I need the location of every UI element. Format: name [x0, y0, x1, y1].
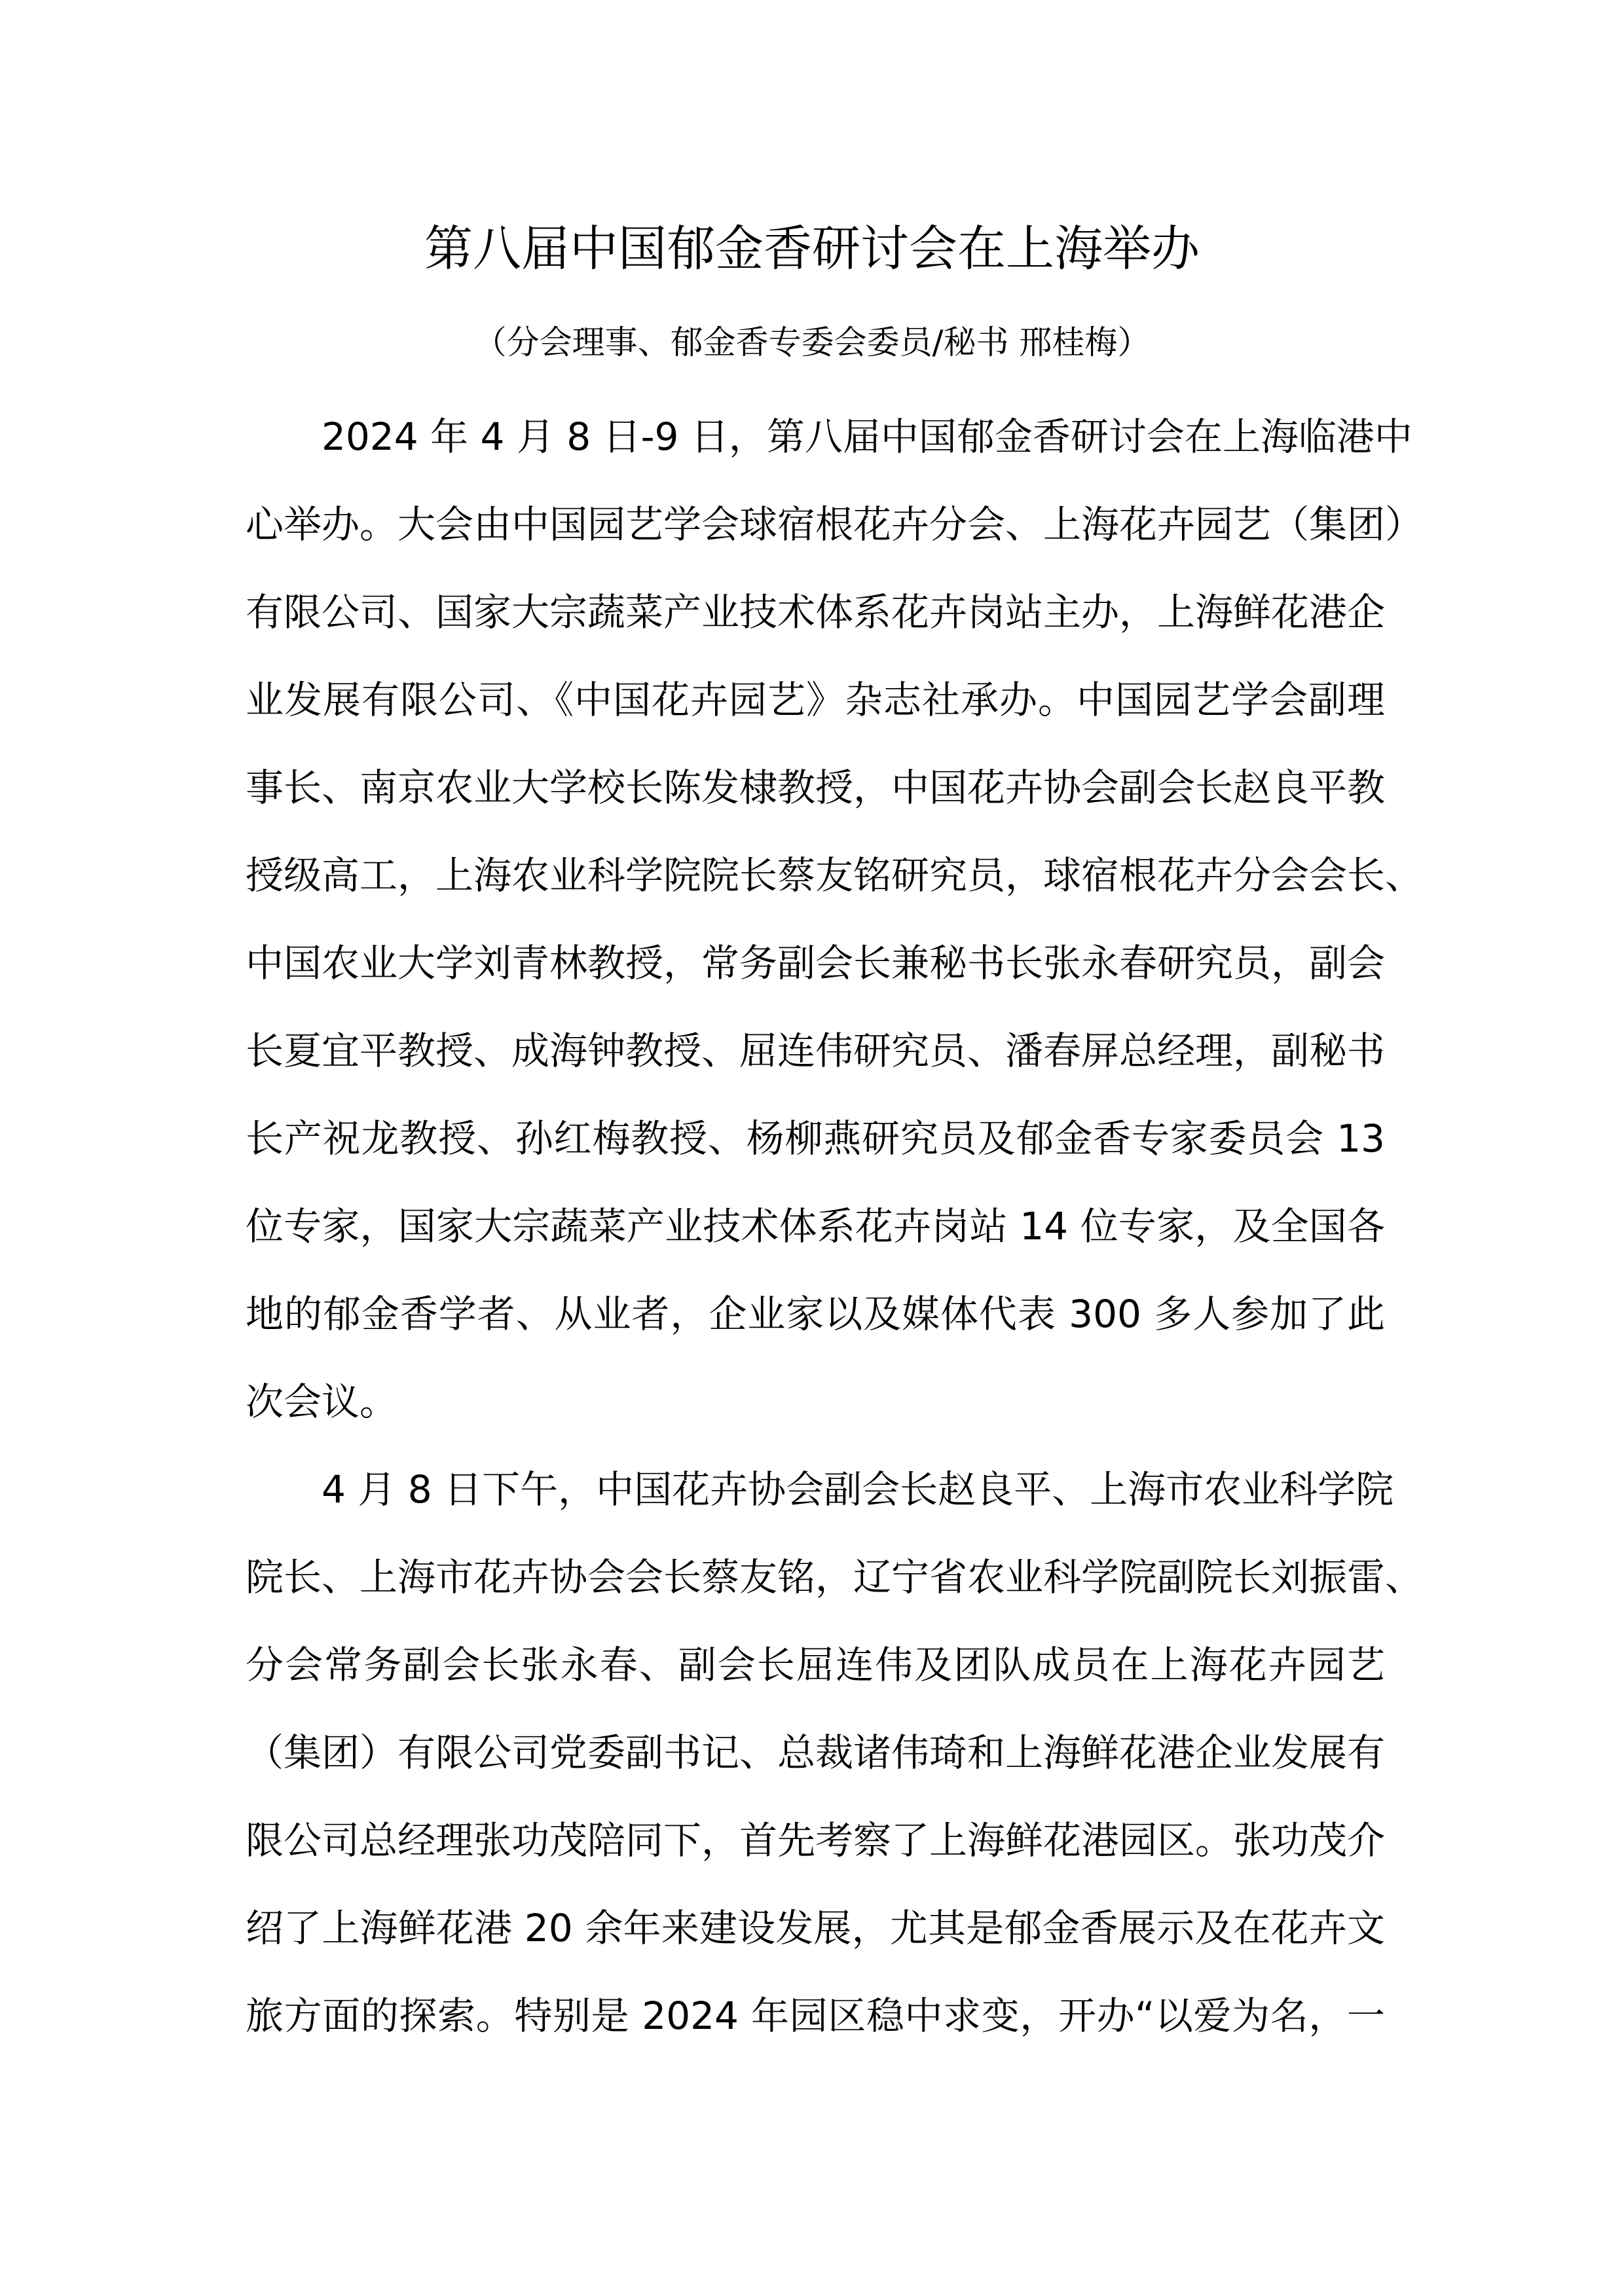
text-line: 4 月 8 日下午，中国花卉协会副会长赵良平、上海市农业科学院 [246, 1446, 1385, 1533]
text-line: 中国农业大学刘青林教授，常务副会长兼秘书长张永春研究员，副会 [246, 919, 1385, 1007]
text-line: 有限公司、国家大宗蔬菜产业技术体系花卉岗站主办，上海鲜花港企 [246, 568, 1385, 656]
text-line: 分会常务副会长张永春、副会长屈连伟及团队成员在上海花卉园艺 [246, 1621, 1385, 1709]
text-line: 绍了上海鲜花港 20 余年来建设发展，尤其是郁金香展示及在花卉文 [246, 1884, 1385, 1972]
text-line: 旅方面的探索。特别是 2024 年园区稳中求变，开办“以爱为名，一 [246, 1972, 1385, 2060]
text-line: 限公司总经理张功茂陪同下，首先考察了上海鲜花港园区。张功茂介 [246, 1796, 1385, 1884]
text-line: 长夏宜平教授、成海钟教授、屈连伟研究员、潘春屏总经理，副秘书 [246, 1007, 1385, 1095]
text-line: 心举办。大会由中国园艺学会球宿根花卉分会、上海花卉园艺（集团） [246, 481, 1385, 568]
text-line: 院长、上海市花卉协会会长蔡友铭，辽宁省农业科学院副院长刘振雷、 [246, 1533, 1385, 1621]
paragraph-1: 2024 年 4 月 8 日-9 日，第八届中国郁金香研讨会在上海临港中 心举办… [246, 393, 1385, 1446]
text-line: 2024 年 4 月 8 日-9 日，第八届中国郁金香研讨会在上海临港中 [246, 393, 1385, 481]
text-line: （集团）有限公司党委副书记、总裁诸伟琦和上海鲜花港企业发展有 [246, 1709, 1385, 1796]
text-line: 位专家，国家大宗蔬菜产业技术体系花卉岗站 14 位专家，及全国各 [246, 1182, 1385, 1270]
document-page: 第八届中国郁金香研讨会在上海举办 （分会理事、郁金香专委会委员/秘书 邢桂梅） … [0, 0, 1624, 2296]
text-line: 地的郁金香学者、从业者，企业家以及媒体代表 300 多人参加了此 [246, 1270, 1385, 1358]
text-line: 次会议。 [246, 1358, 1385, 1446]
author-byline: （分会理事、郁金香专委会委员/秘书 邢桂梅） [0, 319, 1624, 365]
text-line: 业发展有限公司、《中国花卉园艺》杂志社承办。中国园艺学会副理 [246, 656, 1385, 744]
text-line: 授级高工，上海农业科学院院长蔡友铭研究员，球宿根花卉分会会长、 [246, 831, 1385, 919]
paragraph-2: 4 月 8 日下午，中国花卉协会副会长赵良平、上海市农业科学院 院长、上海市花卉… [246, 1446, 1385, 2060]
text-line: 事长、南京农业大学校长陈发棣教授，中国花卉协会副会长赵良平教 [246, 744, 1385, 831]
article-body: 2024 年 4 月 8 日-9 日，第八届中国郁金香研讨会在上海临港中 心举办… [246, 393, 1385, 2060]
page-title: 第八届中国郁金香研讨会在上海举办 [0, 216, 1624, 282]
text-line: 长产祝龙教授、孙红梅教授、杨柳燕研究员及郁金香专家委员会 13 [246, 1095, 1385, 1182]
